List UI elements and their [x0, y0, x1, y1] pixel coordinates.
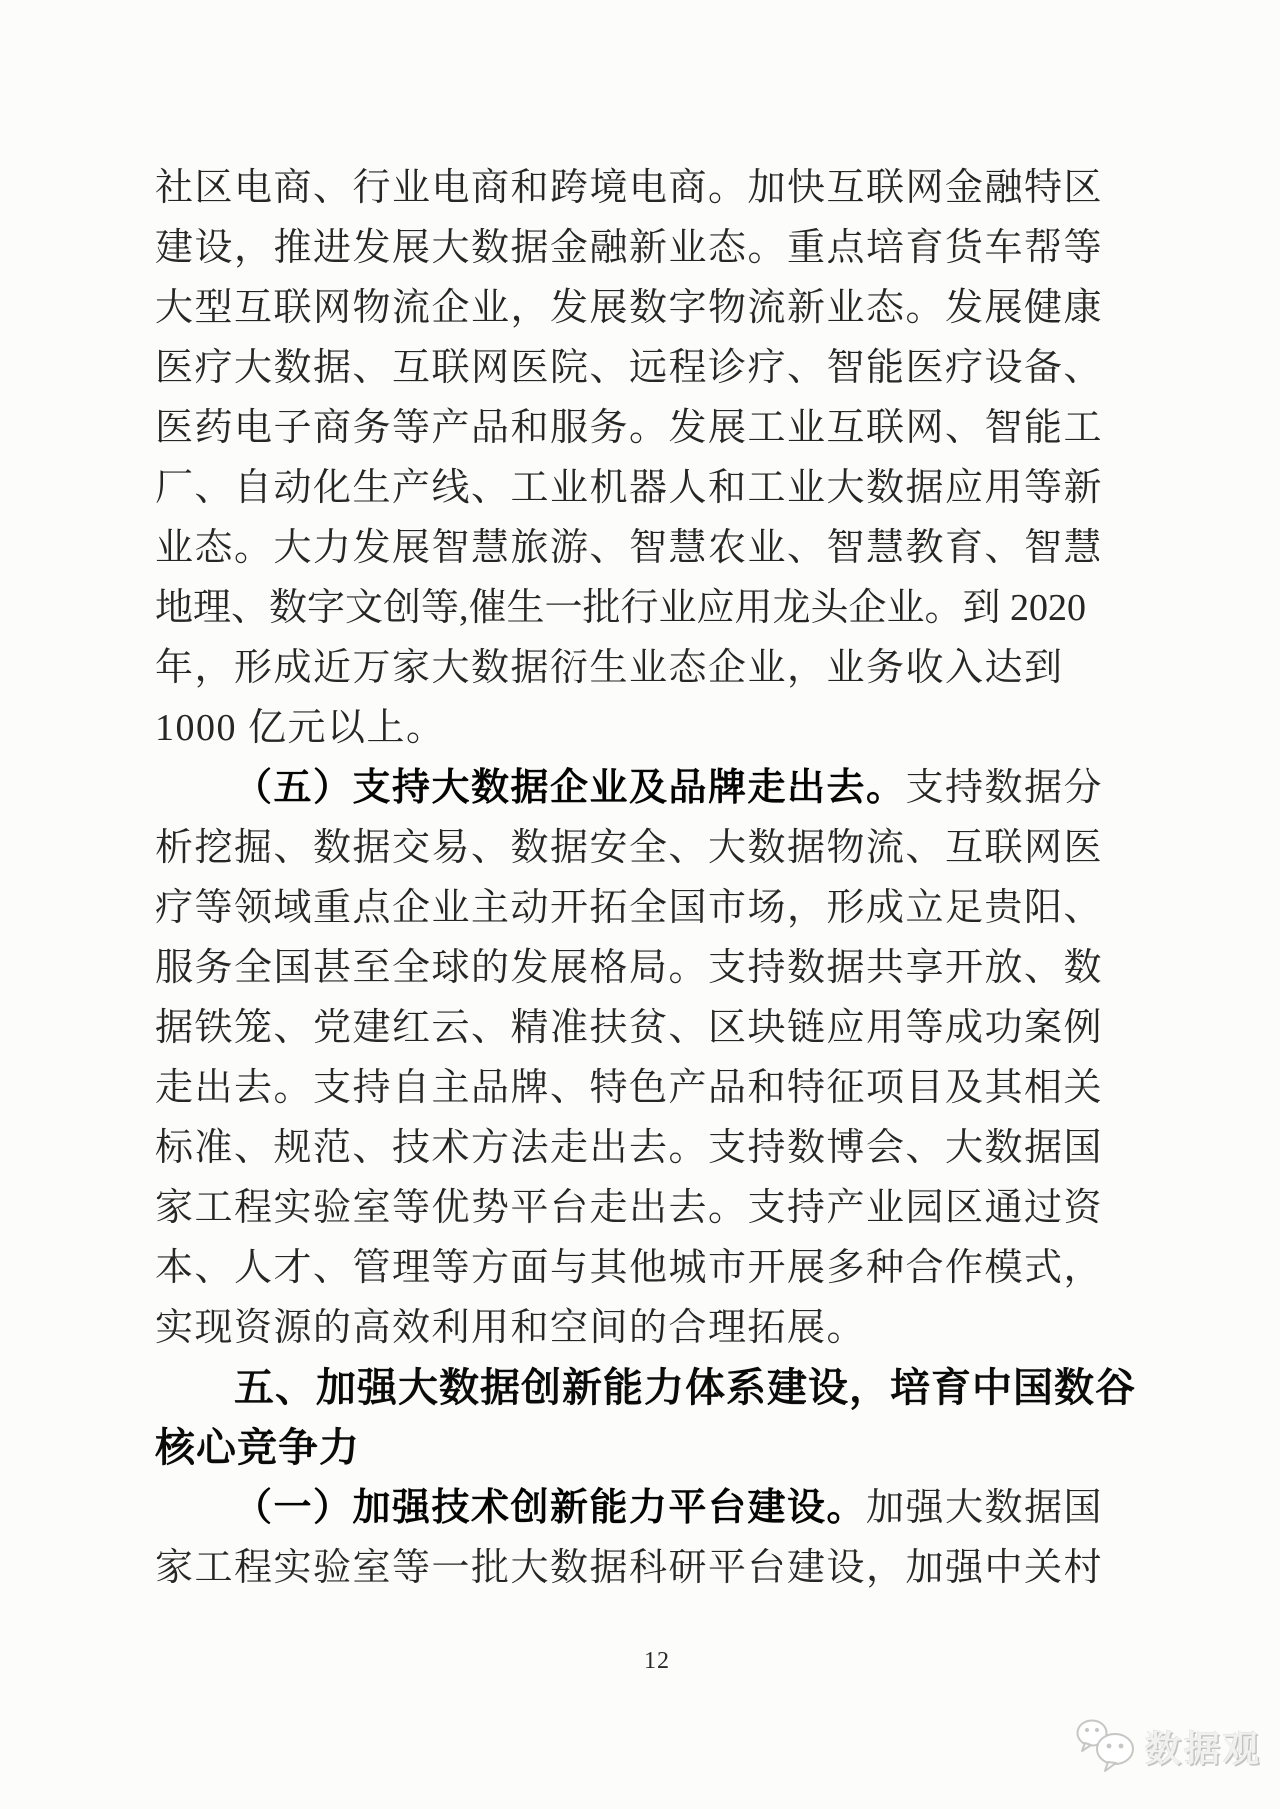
text-line: 建设，推进发展大数据金融新业态。重点培育货车帮等 [155, 218, 1105, 278]
text-line: 1000 亿元以上。 [155, 698, 1105, 758]
text-line: 大型互联网物流企业，发展数字物流新业态。发展健康 [155, 278, 1105, 338]
text-line: 标准、规范、技术方法走出去。支持数博会、大数据国 [155, 1118, 1105, 1178]
document-text-block: 社区电商、行业电商和跨境电商。加快互联网金融特区 建设，推进发展大数据金融新业态… [155, 158, 1105, 1598]
text-line: 医疗大数据、互联网医院、远程诊疗、智能医疗设备、 [155, 338, 1105, 398]
paragraph-lead-line: （一）加强技术创新能力平台建设。加强大数据国 [155, 1478, 1105, 1538]
section-heading-line: 五、加强大数据创新能力体系建设，培育中国数谷 [155, 1358, 1105, 1418]
text-line: 年，形成近万家大数据衍生业态企业，业务收入达到 [155, 638, 1105, 698]
paragraph-lead-line: （五）支持大数据企业及品牌走出去。支持数据分 [155, 758, 1105, 818]
text-line: 业态。大力发展智慧旅游、智慧农业、智慧教育、智慧 [155, 518, 1105, 578]
text-line: 家工程实验室等一批大数据科研平台建设，加强中关村 [155, 1538, 1105, 1598]
document-page: 社区电商、行业电商和跨境电商。加快互联网金融特区 建设，推进发展大数据金融新业态… [0, 0, 1280, 1809]
text-line: 本、人才、管理等方面与其他城市开展多种合作模式， [155, 1238, 1105, 1298]
paragraph-lead-bold: （一）加强技术创新能力平台建设。 [234, 1487, 866, 1529]
text-line: 走出去。支持自主品牌、特色产品和特征项目及其相关 [155, 1058, 1105, 1118]
page-number: 12 [644, 1648, 670, 1675]
text-line: 地理、数字文创等,催生一批行业应用龙头企业。到 2020 [155, 578, 1105, 638]
text-line: 医药电子商务等产品和服务。发展工业互联网、智能工 [155, 398, 1105, 458]
text-line: 家工程实验室等优势平台走出去。支持产业园区通过资 [155, 1178, 1105, 1238]
text-line: 疗等领域重点企业主动开拓全国市场，形成立足贵阳、 [155, 878, 1105, 938]
watermark: 数据观 [1075, 1718, 1262, 1774]
text-line: 服务全国甚至全球的发展格局。支持数据共享开放、数 [155, 938, 1105, 998]
paragraph-lead-bold: （五）支持大数据企业及品牌走出去。 [234, 767, 906, 809]
section-heading-line: 核心竞争力 [155, 1418, 1105, 1478]
watermark-label: 数据观 [1145, 1721, 1262, 1772]
text-line: 社区电商、行业电商和跨境电商。加快互联网金融特区 [155, 158, 1105, 218]
text-line: 实现资源的高效利用和空间的合理拓展。 [155, 1298, 1105, 1358]
paragraph-lead-rest: 加强大数据国 [866, 1487, 1103, 1529]
text-line: 厂、自动化生产线、工业机器人和工业大数据应用等新 [155, 458, 1105, 518]
text-line: 据铁笼、党建红云、精准扶贫、区块链应用等成功案例 [155, 998, 1105, 1058]
chat-bubbles-icon [1075, 1718, 1137, 1774]
paragraph-lead-rest: 支持数据分 [906, 767, 1104, 809]
text-line: 析挖掘、数据交易、数据安全、大数据物流、互联网医 [155, 818, 1105, 878]
